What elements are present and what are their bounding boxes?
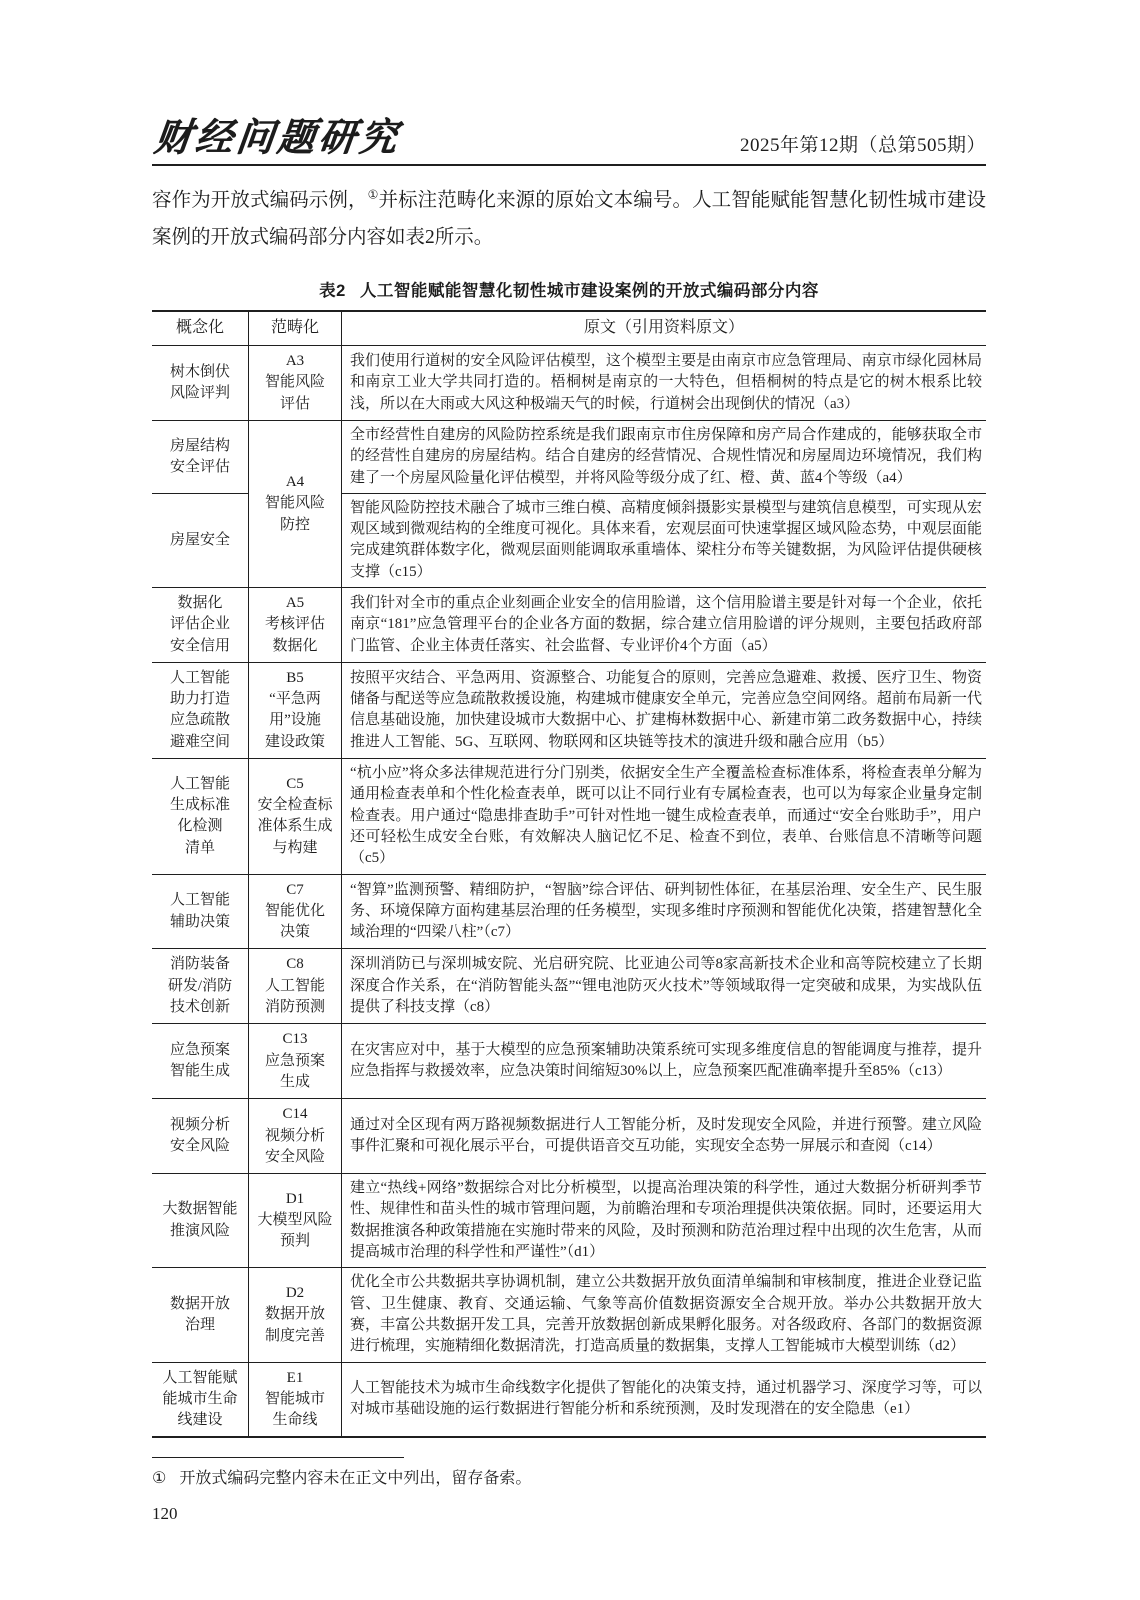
quote-cell: “智算”监测预警、精细防护，“智脑”综合评估、研判韧性体征，在基层治理、安全生产… [342, 874, 987, 949]
quote-cell: 按照平灾结合、平急两用、资源整合、功能复合的原则，完善应急避难、救援、医疗卫生、… [342, 662, 987, 758]
concept-cell: 消防装备 研发/消防 技术创新 [152, 949, 249, 1024]
concept-cell: 人工智能 助力打造 应急疏散 避难空间 [152, 662, 249, 758]
footnote: ①开放式编码完整内容未在正文中列出，留存备索。 [152, 1465, 986, 1488]
page-header: 财经问题研究 2025年第12期（总第505期） [152, 120, 986, 159]
category-cell: D1 大模型风险 预判 [249, 1174, 342, 1268]
concept-cell: 数据化 评估企业 安全信用 [152, 588, 249, 663]
category-cell: C5 安全检查标 准体系生成 与构建 [249, 759, 342, 874]
concept-cell: 树木倒伏 风险评判 [152, 346, 249, 421]
quote-cell: 优化全市公共数据共享协调机制，建立公共数据开放负面清单编制和审核制度，推进企业登… [342, 1268, 987, 1362]
category-label: 考核评估 数据化 [251, 614, 339, 657]
table-row: 房屋结构 安全评估 A4 智能风险 防控 全市经营性自建房的风险防控系统是我们跟… [152, 420, 986, 493]
category-code: C8 [251, 954, 339, 975]
quote-cell: 智能风险防控技术融合了城市三维白模、高精度倾斜摄影实景模型与建筑信息模型，可实现… [342, 493, 987, 587]
category-code: A5 [251, 593, 339, 614]
column-header-category: 范畴化 [249, 311, 342, 345]
category-label: 应急预案 生成 [251, 1051, 339, 1094]
footnote-ref-mark: ① [368, 188, 379, 202]
category-cell-merged: A4 智能风险 防控 [249, 420, 342, 587]
category-label: 智能优化 决策 [251, 901, 339, 944]
category-cell: E1 智能城市 生命线 [249, 1362, 342, 1437]
concept-cell: 视频分析 安全风险 [152, 1099, 249, 1174]
journal-logo: 财经问题研究 [152, 118, 403, 159]
category-label: 智能城市 生命线 [251, 1389, 339, 1432]
category-label: “平急两 用”设施 建设政策 [251, 689, 339, 753]
table-row: 人工智能 生成标准 化检测 清单 C5 安全检查标 准体系生成 与构建 “杭小应… [152, 759, 986, 874]
open-coding-table: 概念化 范畴化 原文（引用资料原文） 树木倒伏 风险评判 A3 智能风险 评估 … [152, 310, 986, 1438]
quote-cell: “杭小应”将众多法律规范进行分门别类，依据安全生产全覆盖检查标准体系，将检查表单… [342, 759, 987, 874]
category-cell: A3 智能风险 评估 [249, 346, 342, 421]
quote-cell: 全市经营性自建房的风险防控系统是我们跟南京市住房保障和房产局合作建成的，能够获取… [342, 420, 987, 493]
table-caption-label: 表2 [319, 282, 346, 300]
quote-cell: 我们针对全市的重点企业刻画企业安全的信用脸谱，这个信用脸谱主要是针对每一个企业，… [342, 588, 987, 663]
category-cell: C8 人工智能 消防预测 [249, 949, 342, 1024]
category-cell: C13 应急预案 生成 [249, 1024, 342, 1099]
header-divider [152, 164, 986, 166]
table-row: 树木倒伏 风险评判 A3 智能风险 评估 我们使用行道树的安全风险评估模型，这个… [152, 346, 986, 421]
table-row: 人工智能 辅助决策 C7 智能优化 决策 “智算”监测预警、精细防护，“智脑”综… [152, 874, 986, 949]
category-code: A4 [251, 472, 339, 493]
quote-cell: 在灾害应对中，基于大模型的应急预案辅助决策系统可实现多维度信息的智能调度与推荐，… [342, 1024, 987, 1099]
intro-text-before: 容作为开放式编码示例， [152, 190, 368, 211]
table-caption: 表2人工智能赋能智慧化韧性城市建设案例的开放式编码部分内容 [152, 277, 986, 301]
concept-cell: 房屋安全 [152, 493, 249, 587]
category-label: 数据开放 制度完善 [251, 1304, 339, 1347]
category-code: C7 [251, 880, 339, 901]
category-cell: C7 智能优化 决策 [249, 874, 342, 949]
table-row: 数据化 评估企业 安全信用 A5 考核评估 数据化 我们针对全市的重点企业刻画企… [152, 588, 986, 663]
footnote-mark: ① [152, 1470, 166, 1487]
quote-cell: 人工智能技术为城市生命线数字化提供了智能化的决策支持，通过机器学习、深度学习等，… [342, 1362, 987, 1437]
category-cell: D2 数据开放 制度完善 [249, 1268, 342, 1362]
quote-cell: 建立“热线+网络”数据综合对比分析模型，以提高治理决策的科学性，通过大数据分析研… [342, 1174, 987, 1268]
category-code: E1 [251, 1368, 339, 1389]
concept-cell: 房屋结构 安全评估 [152, 420, 249, 493]
category-cell: B5 “平急两 用”设施 建设政策 [249, 662, 342, 758]
concept-cell: 数据开放 治理 [152, 1268, 249, 1362]
category-label: 智能风险 评估 [251, 372, 339, 415]
issue-info: 2025年第12期（总第505期） [740, 130, 986, 159]
table-row: 消防装备 研发/消防 技术创新 C8 人工智能 消防预测 深圳消防已与深圳城安院… [152, 949, 986, 1024]
table-row: 大数据智能 推演风险 D1 大模型风险 预判 建立“热线+网络”数据综合对比分析… [152, 1174, 986, 1268]
footnote-divider [152, 1457, 404, 1458]
journal-page: 财经问题研究 2025年第12期（总第505期） 容作为开放式编码示例，①并标注… [0, 0, 1140, 1600]
category-code: C13 [251, 1029, 339, 1050]
concept-cell: 人工智能 生成标准 化检测 清单 [152, 759, 249, 874]
table-row: 视频分析 安全风险 C14 视频分析 安全风险 通过对全区现有两万路视频数据进行… [152, 1099, 986, 1174]
category-code: C5 [251, 774, 339, 795]
concept-cell: 大数据智能 推演风险 [152, 1174, 249, 1268]
table-caption-title: 人工智能赋能智慧化韧性城市建设案例的开放式编码部分内容 [360, 282, 819, 300]
category-code: D2 [251, 1283, 339, 1304]
quote-cell: 通过对全区现有两万路视频数据进行人工智能分析，及时发现安全风险，并进行预警。建立… [342, 1099, 987, 1174]
category-code: A3 [251, 351, 339, 372]
concept-cell: 人工智能 辅助决策 [152, 874, 249, 949]
category-cell: A5 考核评估 数据化 [249, 588, 342, 663]
category-code: B5 [251, 668, 339, 689]
concept-cell: 人工智能赋 能城市生命 线建设 [152, 1362, 249, 1437]
category-label: 智能风险 防控 [251, 493, 339, 536]
table-row: 应急预案 智能生成 C13 应急预案 生成 在灾害应对中，基于大模型的应急预案辅… [152, 1024, 986, 1099]
footnote-text: 开放式编码完整内容未在正文中列出，留存备索。 [179, 1470, 531, 1487]
category-label: 安全检查标 准体系生成 与构建 [251, 795, 339, 859]
intro-paragraph: 容作为开放式编码示例，①并标注范畴化来源的原始文本编号。人工智能赋能智慧化韧性城… [152, 183, 986, 256]
column-header-quote: 原文（引用资料原文） [342, 311, 987, 345]
table-row: 人工智能 助力打造 应急疏散 避难空间 B5 “平急两 用”设施 建设政策 按照… [152, 662, 986, 758]
column-header-concept: 概念化 [152, 311, 249, 345]
category-label: 人工智能 消防预测 [251, 976, 339, 1019]
quote-cell: 我们使用行道树的安全风险评估模型，这个模型主要是由南京市应急管理局、南京市绿化园… [342, 346, 987, 421]
category-code: D1 [251, 1189, 339, 1210]
page-number: 120 [152, 1504, 986, 1524]
table-row: 数据开放 治理 D2 数据开放 制度完善 优化全市公共数据共享协调机制，建立公共… [152, 1268, 986, 1362]
concept-cell: 应急预案 智能生成 [152, 1024, 249, 1099]
category-code: C14 [251, 1104, 339, 1125]
category-label: 视频分析 安全风险 [251, 1126, 339, 1169]
category-cell: C14 视频分析 安全风险 [249, 1099, 342, 1174]
table-row: 人工智能赋 能城市生命 线建设 E1 智能城市 生命线 人工智能技术为城市生命线… [152, 1362, 986, 1437]
category-label: 大模型风险 预判 [251, 1210, 339, 1253]
table-header-row: 概念化 范畴化 原文（引用资料原文） [152, 311, 986, 345]
quote-cell: 深圳消防已与深圳城安院、光启研究院、比亚迪公司等8家高新技术企业和高等院校建立了… [342, 949, 987, 1024]
